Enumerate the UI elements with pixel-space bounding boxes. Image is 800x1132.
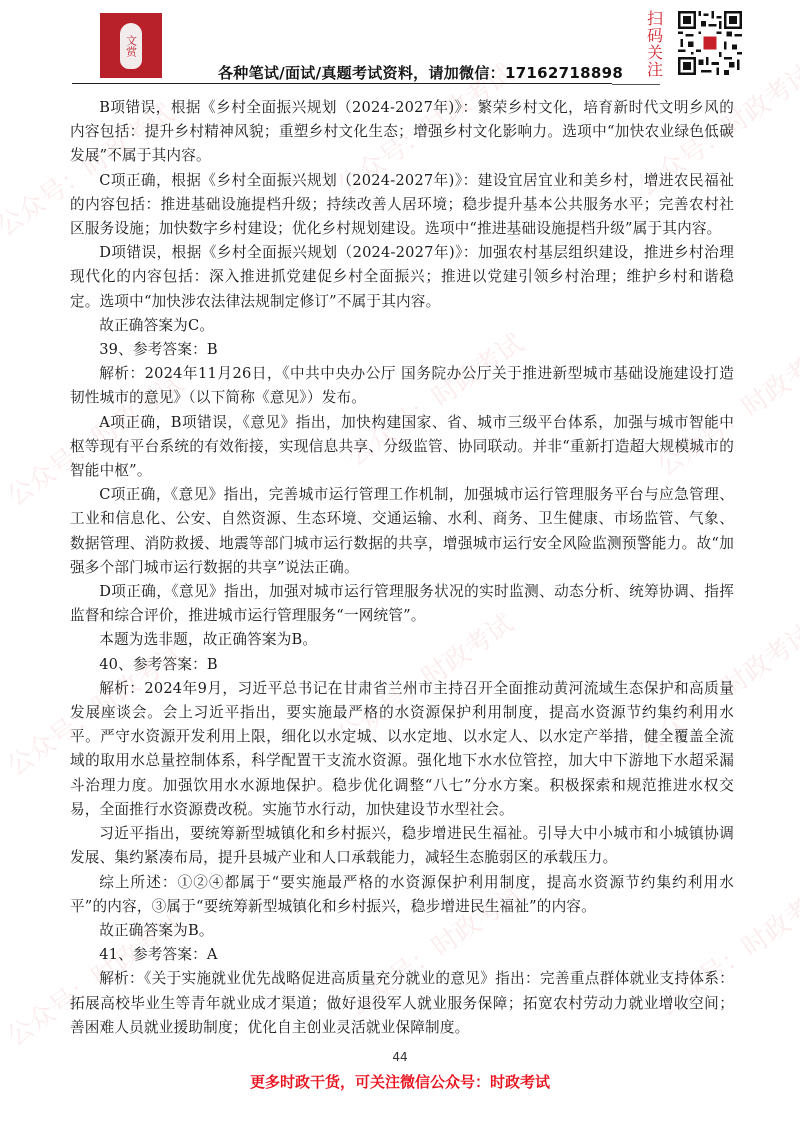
paragraph-41-analysis: 解析：《关于实施就业优先战略促进高质量充分就业的意见》指出：完善重点群体就业支持… [70,967,734,1040]
scan-label: 扫码关注 [646,10,664,78]
logo: 文赏 [100,13,162,78]
question-39-answer-heading: 39、参考答案：B [70,338,734,362]
paragraph-answer-39: 本题为选非题，故正确答案为B。 [70,628,734,652]
footer-promo: 更多时政干货，可关注微信公众号：时政考试 [0,1071,800,1092]
paragraph-option-d-analysis: D项错误，根据《乡村全面振兴规划（2024-2027年)》：加强农村基层组织建设… [70,241,734,314]
header-divider [72,83,612,84]
question-41-answer-heading: 41、参考答案：A [70,943,734,967]
paragraph-39-option-ab: A项正确，B项错误，《意见》指出，加快构建国家、省、城市三级平台体系，加强与城市… [70,411,734,484]
paragraph-40-summary: 综上所述：①②④都属于“要实施最严格的水资源保护利用制度，提高水资源节约集约利用… [70,871,734,919]
question-40-answer-heading: 40、参考答案：B [70,653,734,677]
paragraph-40-urbanization: 习近平指出，要统筹新型城镇化和乡村振兴，稳步增进民生福祉。引导大中小城市和小城镇… [70,822,734,870]
paragraph-39-option-d: D项正确，《意见》指出，加强对城市运行管理服务状况的实时监测、动态分析、统筹协调… [70,580,734,628]
page-header: 文赏 各种笔试/面试/真题考试资料，请加微信：17162718898 扫码关注 [0,0,800,90]
header-title: 各种笔试/面试/真题考试资料，请加微信：17162718898 [218,62,623,83]
paragraph-answer-38: 故正确答案为C。 [70,314,734,338]
paragraph-39-analysis: 解析：2024年11月26日，《中共中央办公厅 国务院办公厅关于推进新型城市基础… [70,362,734,410]
logo-icon: 文赏 [120,23,142,69]
paragraph-40-analysis: 解析：2024年9月，习近平总书记在甘肃省兰州市主持召开全面推动黄河流域生态保护… [70,677,734,822]
page-number: 44 [0,1050,800,1064]
paragraph-option-c-analysis: C项正确，根据《乡村全面振兴规划（2024-2027年)》：建设宜居宜业和美乡村… [70,169,734,242]
qr-code-icon [678,11,742,75]
document-body: B项错误，根据《乡村全面振兴规划（2024-2027年)》：繁荣乡村文化，培育新… [70,96,734,1040]
paragraph-option-b-analysis: B项错误，根据《乡村全面振兴规划（2024-2027年)》：繁荣乡村文化，培育新… [70,96,734,169]
header-divider-short [612,84,660,85]
paragraph-39-option-c: C项正确，《意见》指出，完善城市运行管理工作机制，加强城市运行管理服务平台与应急… [70,483,734,580]
paragraph-answer-40: 故正确答案为B。 [70,919,734,943]
